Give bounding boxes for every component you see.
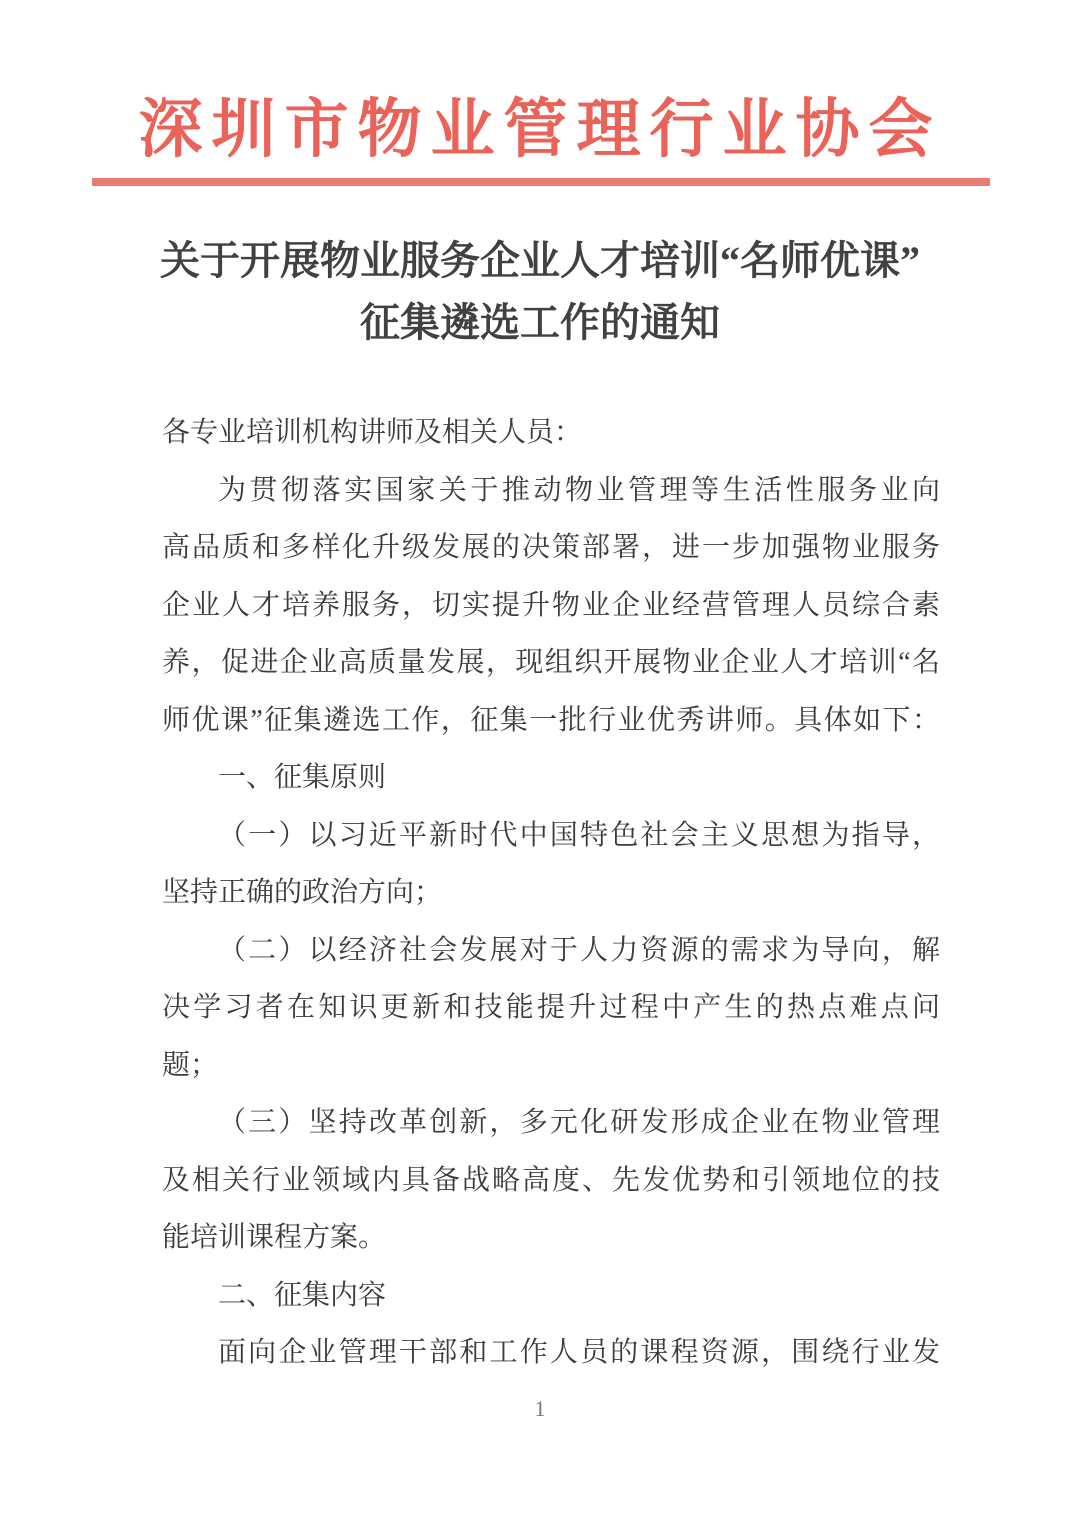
document-body: 各专业培训机构讲师及相关人员：为贯彻落实国家关于推动物业管理等生活性服务业向高品… — [162, 404, 940, 1382]
body-line: 一、征集原则 — [162, 749, 940, 807]
body-line: 及相关行业领域内具备战略高度、先发优势和引领地位的技 — [162, 1152, 940, 1210]
body-line: 面向企业管理干部和工作人员的课程资源，围绕行业发 — [162, 1324, 940, 1382]
body-line: 决学习者在知识更新和技能提升过程中产生的热点难点问 — [162, 979, 940, 1037]
body-line: 坚持正确的政治方向； — [162, 864, 940, 922]
body-line: （一）以习近平新时代中国特色社会主义思想为指导， — [162, 807, 940, 865]
letterhead-org-name: 深圳市物业管理行业协会 — [0, 98, 1080, 162]
body-line: 题； — [162, 1037, 940, 1095]
document-page: 深圳市物业管理行业协会 关于开展物业服务企业人才培训“名师优课” 征集遴选工作的… — [0, 0, 1080, 1527]
body-line: 师优课”征集遴选工作，征集一批行业优秀讲师。具体如下： — [162, 692, 940, 750]
body-line: 二、征集内容 — [162, 1267, 940, 1325]
body-line: （二）以经济社会发展对于人力资源的需求为导向，解 — [162, 922, 940, 980]
letterhead-double-rule — [92, 178, 990, 186]
page-number: 1 — [0, 1394, 1080, 1424]
body-line: 养，促进企业高质量发展，现组织开展物业企业人才培训“名 — [162, 634, 940, 692]
document-title-line-1: 关于开展物业服务企业人才培训“名师优课” — [0, 230, 1080, 292]
body-line: 各专业培训机构讲师及相关人员： — [162, 404, 940, 462]
body-line: （三）坚持改革创新，多元化研发形成企业在物业管理 — [162, 1094, 940, 1152]
document-title: 关于开展物业服务企业人才培训“名师优课” 征集遴选工作的通知 — [0, 230, 1080, 354]
body-line: 高品质和多样化升级发展的决策部署，进一步加强物业服务 — [162, 519, 940, 577]
body-line: 为贯彻落实国家关于推动物业管理等生活性服务业向 — [162, 462, 940, 520]
body-line: 能培训课程方案。 — [162, 1209, 940, 1267]
document-title-line-2: 征集遴选工作的通知 — [0, 292, 1080, 354]
body-line: 企业人才培养服务，切实提升物业企业经营管理人员综合素 — [162, 577, 940, 635]
